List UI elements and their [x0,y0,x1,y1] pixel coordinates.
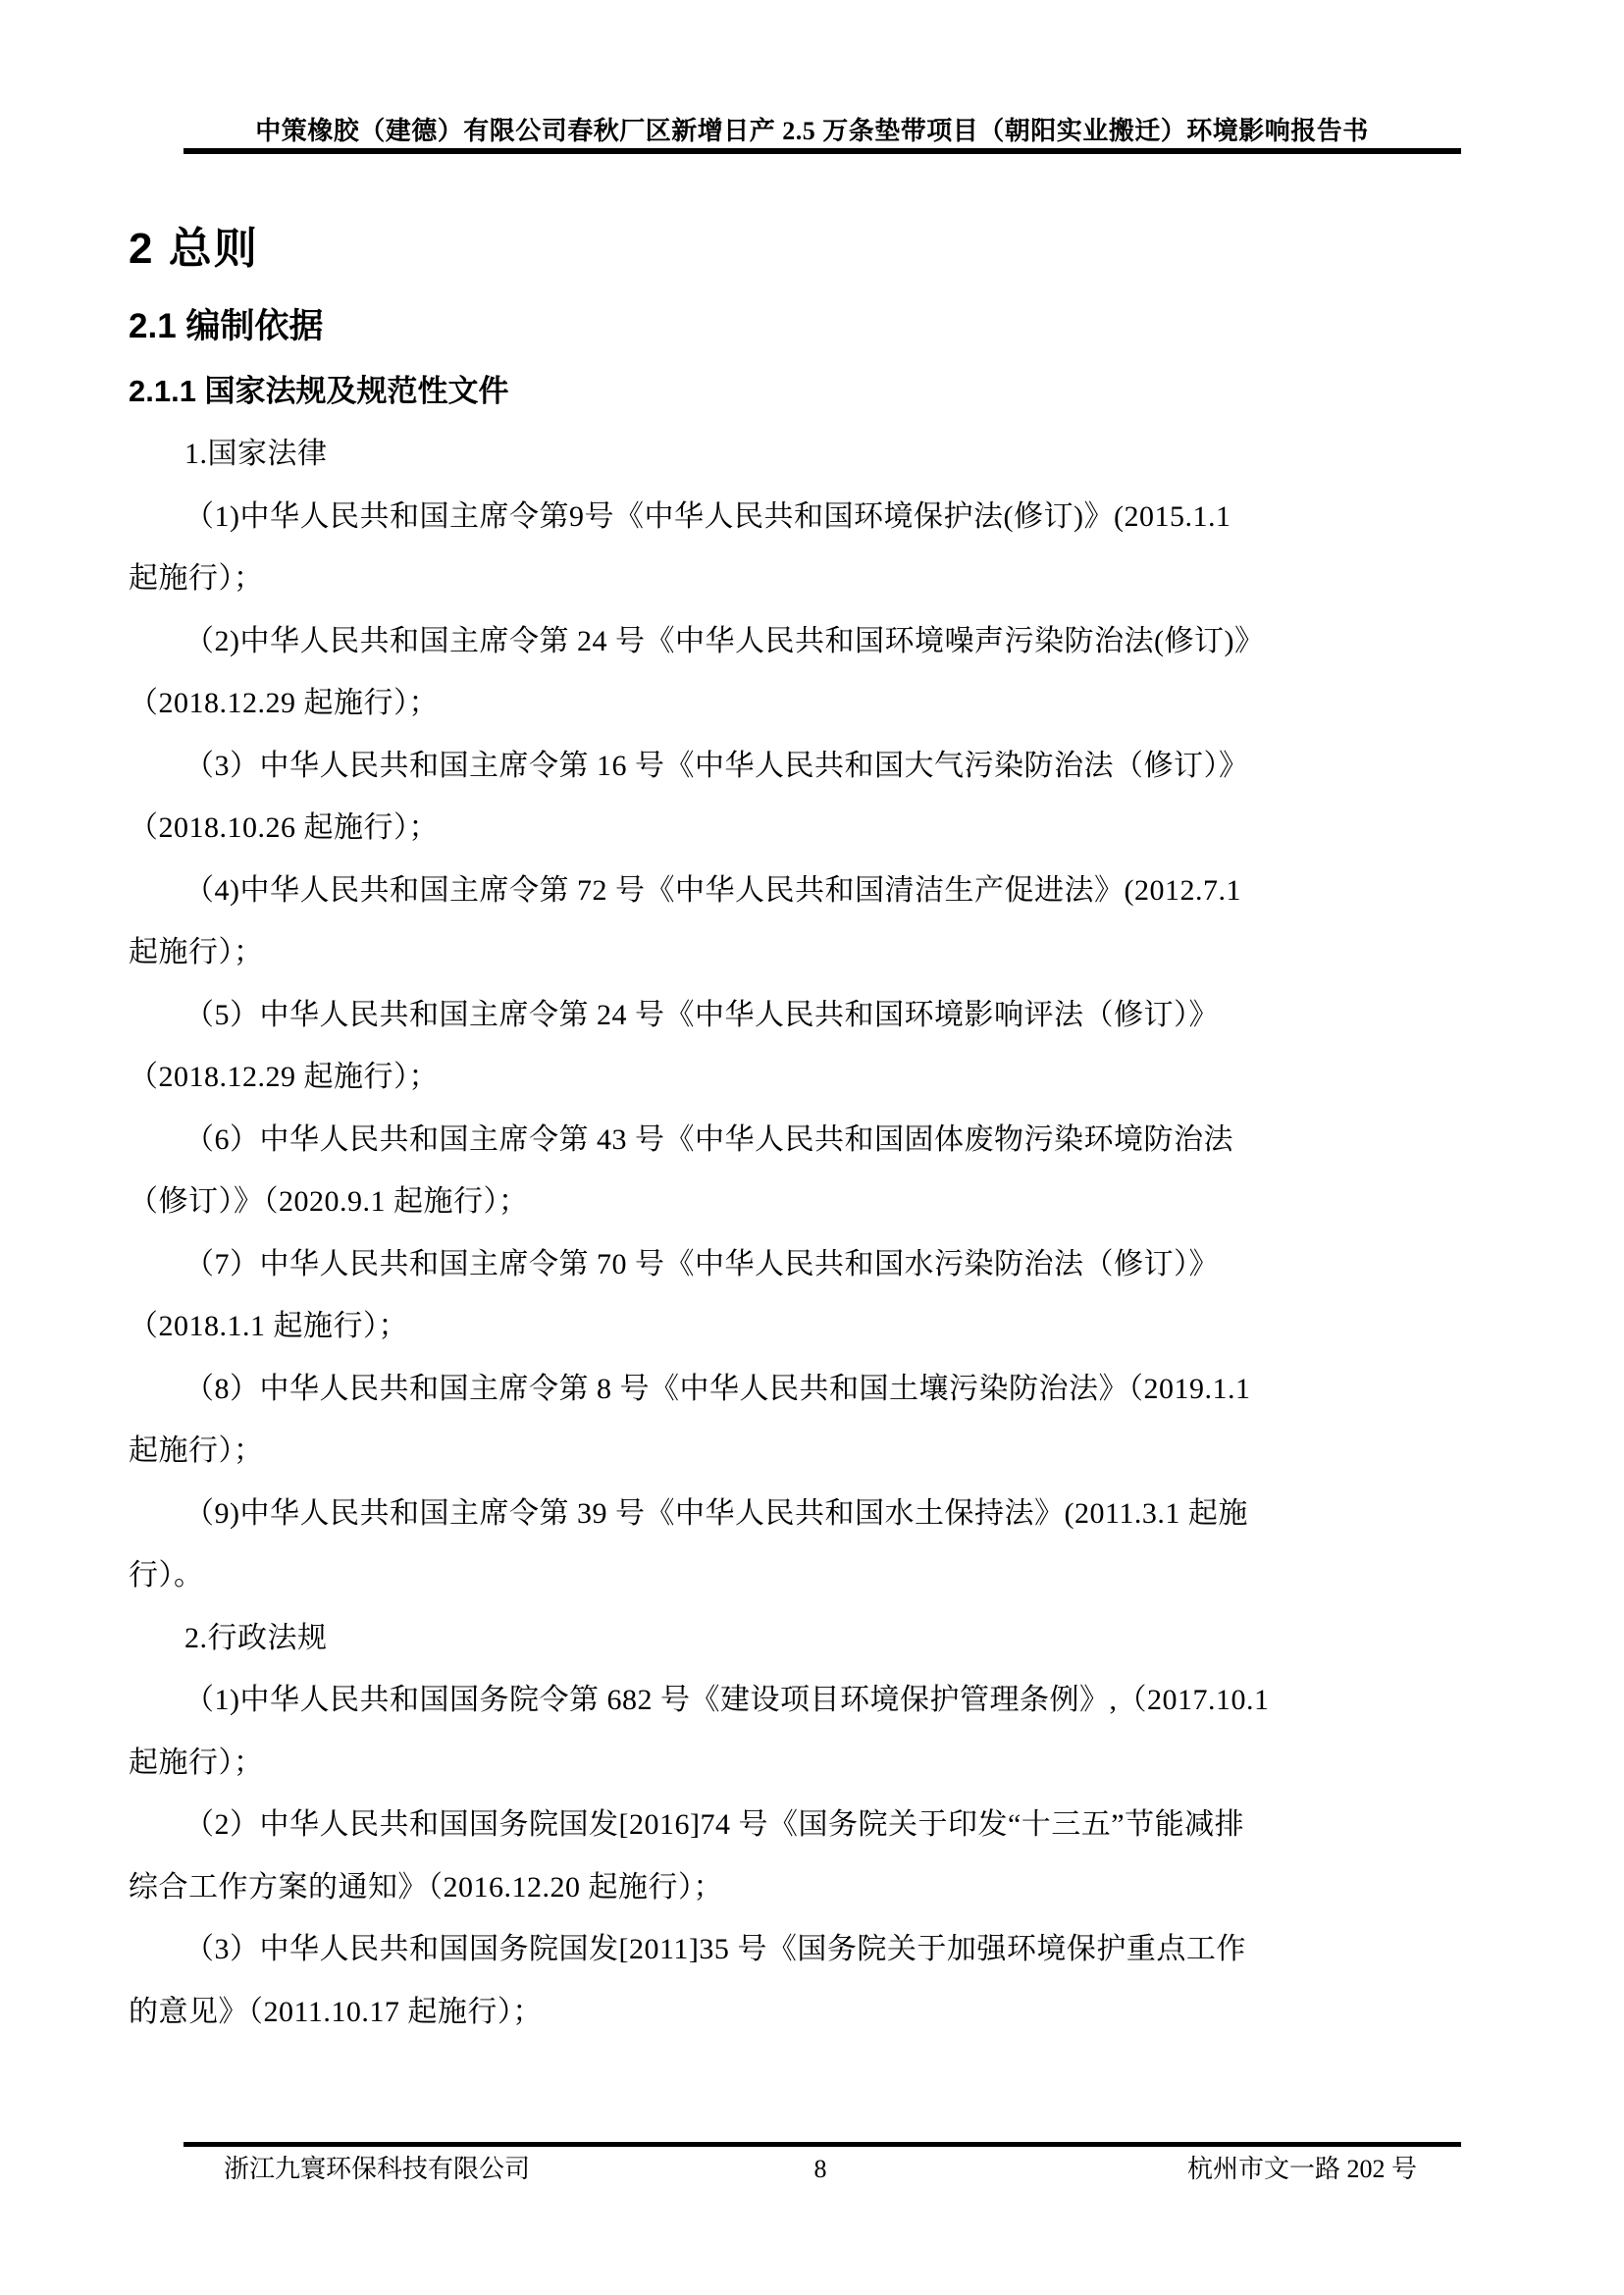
page-footer: 浙江九寰环保科技有限公司 8 杭州市文一路 202 号 [129,2142,1495,2184]
page-header-title: 中策橡胶（建德）有限公司春秋厂区新增日产 2.5 万条垫带项目（朝阳实业搬迁）环… [129,117,1495,146]
footer-row: 浙江九寰环保科技有限公司 8 杭州市文一路 202 号 [129,2155,1495,2184]
footer-address: 杭州市文一路 202 号 [827,2155,1418,2184]
body-line: （1)中华人民共和国国务院令第 682 号《建设项目环境保护管理条例》,（201… [129,1669,1495,1732]
body-line: （2018.10.26 起施行）； [129,797,1495,860]
body-line: 1.国家法律 [129,423,1495,486]
body-line: 行）。 [129,1544,1495,1607]
body-line: （1)中华人民共和国主席令第9号《中华人民共和国环境保护法(修订)》(2015.… [129,486,1495,548]
body-line: （7）中华人民共和国主席令第 70 号《中华人民共和国水污染防治法（修订）》 [129,1233,1495,1296]
body-line: （2018.12.29 起施行）； [129,1046,1495,1109]
footer-page-number: 8 [814,2155,827,2184]
body-line: （4)中华人民共和国主席令第 72 号《中华人民共和国清洁生产促进法》(2012… [129,860,1495,922]
body-line: （2018.12.29 起施行）； [129,672,1495,735]
body-line: （3）中华人民共和国国务院国发[2011]35 号《国务院关于加强环境保护重点工… [129,1918,1495,1981]
header-rule [183,148,1461,154]
footer-company: 浙江九寰环保科技有限公司 [224,2155,814,2184]
document-page: 中策橡胶（建德）有限公司春秋厂区新增日产 2.5 万条垫带项目（朝阳实业搬迁）环… [0,0,1624,2295]
subsection-heading: 2.1.1 国家法规及规范性文件 [129,374,1495,409]
body-line: 起施行）； [129,1732,1495,1795]
body-line: （2018.1.1 起施行）； [129,1295,1495,1358]
body-line: （2)中华人民共和国主席令第 24 号《中华人民共和国环境噪声污染防治法(修订)… [129,610,1495,673]
footer-rule [183,2142,1461,2147]
body-line: 起施行）； [129,548,1495,610]
body-line: （5）中华人民共和国主席令第 24 号《中华人民共和国环境影响评法（修订）》 [129,984,1495,1047]
body-line: （3）中华人民共和国主席令第 16 号《中华人民共和国大气污染防治法（修订）》 [129,735,1495,798]
body-line: （2）中华人民共和国国务院国发[2016]74 号《国务院关于印发“十三五”节能… [129,1794,1495,1856]
body-line: 起施行）； [129,1420,1495,1483]
section-heading: 2.1 编制依据 [129,307,1495,346]
body-line: 起施行）； [129,921,1495,984]
body-line: 2.行政法规 [129,1607,1495,1670]
chapter-heading: 2 总则 [129,226,1495,273]
body-line: （修订）》（2020.9.1 起施行）； [129,1171,1495,1233]
body-line: （8）中华人民共和国主席令第 8 号《中华人民共和国土壤污染防治法》（2019.… [129,1358,1495,1421]
body-line: 综合工作方案的通知》（2016.12.20 起施行）； [129,1856,1495,1919]
body-text: 1.国家法律 （1)中华人民共和国主席令第9号《中华人民共和国环境保护法(修订)… [129,423,1495,2043]
body-line: （6）中华人民共和国主席令第 43 号《中华人民共和国固体废物污染环境防治法 [129,1109,1495,1172]
body-line: 的意见》（2011.10.17 起施行）； [129,1981,1495,2044]
body-line: （9)中华人民共和国主席令第 39 号《中华人民共和国水土保持法》(2011.3… [129,1483,1495,1545]
